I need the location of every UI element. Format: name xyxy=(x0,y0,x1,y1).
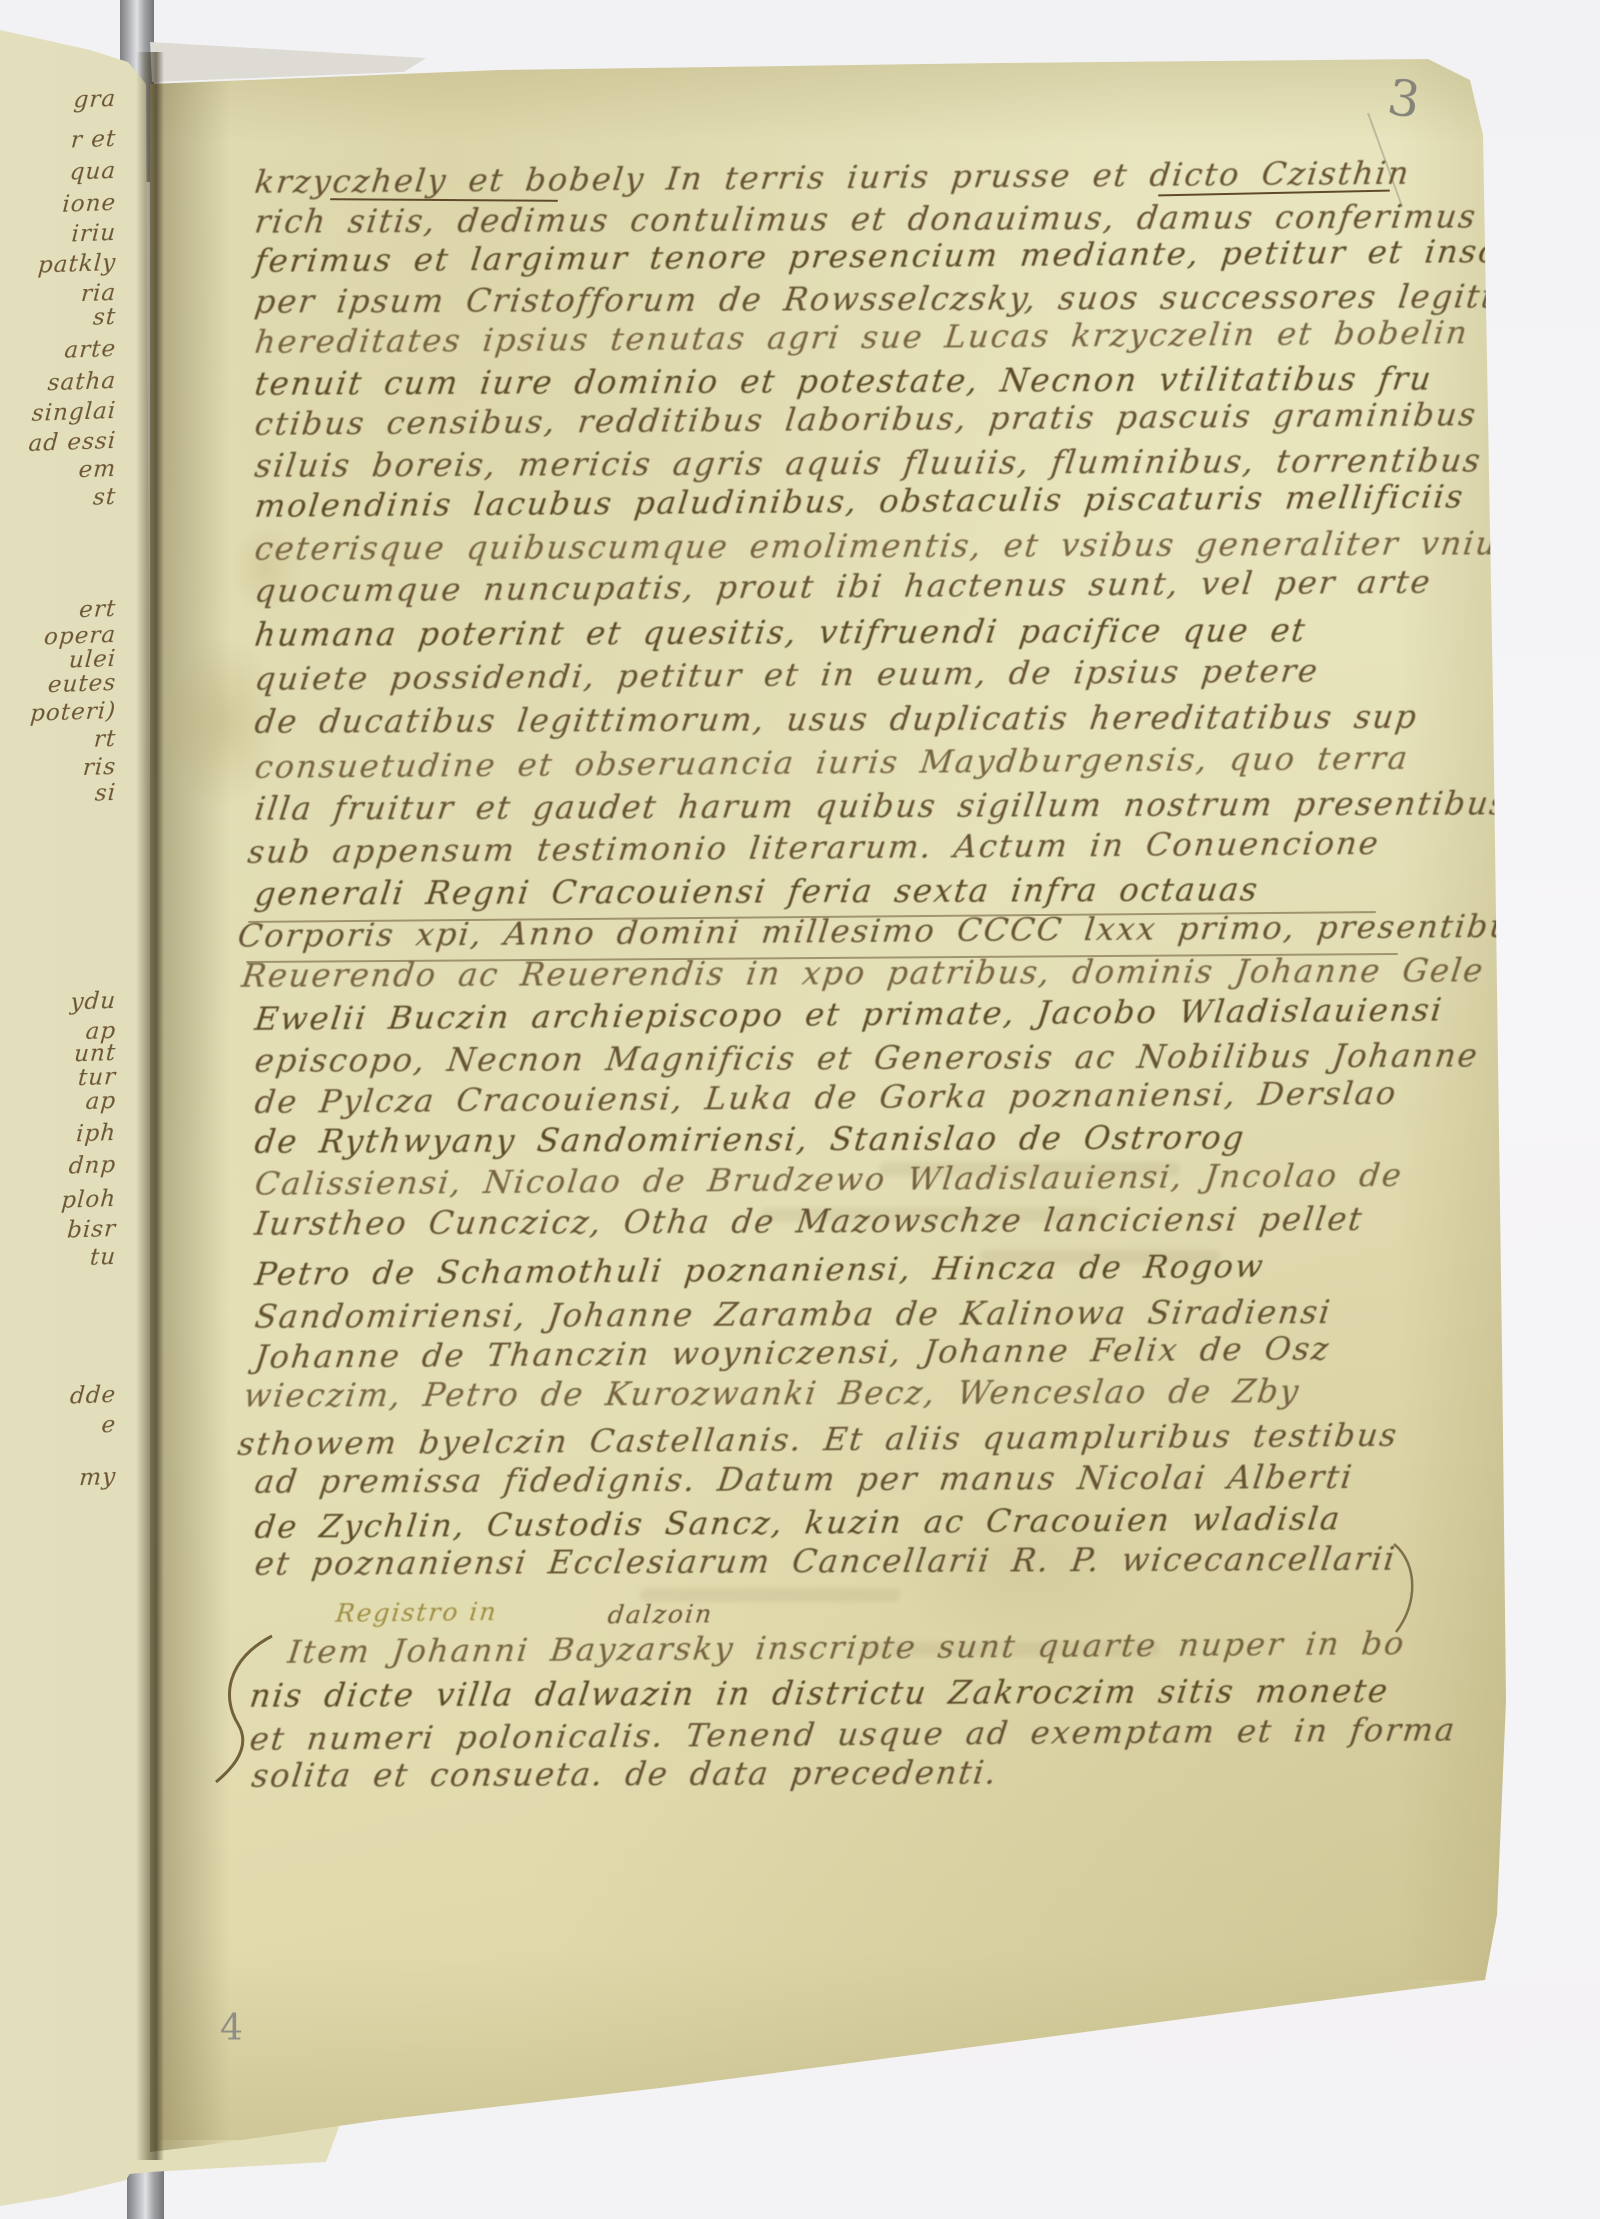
manuscript-line: generali Regni Cracouiensi feria sexta i… xyxy=(253,871,1262,913)
manuscript-line: ceterisque quibuscumque emolimentis, et … xyxy=(253,524,1588,568)
margin-fragment: ploh xyxy=(0,1186,117,1216)
manuscript-page: 3 4 krzyczhely et bobely In terris iuris… xyxy=(0,0,1600,2219)
margin-fragment: st xyxy=(0,484,117,514)
margin-fragment: singlai xyxy=(0,398,117,428)
manuscript-line: nis dicte villa dalwazin in districtu Za… xyxy=(248,1672,1392,1715)
margin-fragment: st xyxy=(0,304,117,334)
margin-fragment: my xyxy=(0,1464,117,1494)
page-edge-shading-bottom xyxy=(160,1950,1490,2140)
margin-fragment: em xyxy=(0,456,117,486)
margin-fragment: ert xyxy=(0,596,117,626)
manuscript-line: quocumque nuncupatis, prout ibi hactenus… xyxy=(253,563,1434,610)
margin-fragment: eutes xyxy=(0,670,117,700)
manuscript-line: sub appensum testimonio literarum. Actum… xyxy=(246,824,1382,871)
margin-fragment: ydu xyxy=(0,988,117,1018)
manuscript-line: episcopo, Necnon Magnificis et Generosis… xyxy=(253,1037,1482,1080)
manuscript-line: Ewelii Buczin archiepiscopo et primate, … xyxy=(253,991,1446,1038)
margin-fragment: iriu xyxy=(0,220,117,250)
margin-fragment: dnp xyxy=(0,1152,117,1182)
manuscript-line: Petro de Schamothuli poznaniensi, Hincza… xyxy=(253,1247,1267,1293)
margin-fragment: gra xyxy=(0,86,117,116)
manuscript-line: de Zychlin, Custodis Sancz, kuzin ac Cra… xyxy=(253,1499,1344,1546)
manuscript-line: wieczim, Petro de Kurozwanki Becz, Wence… xyxy=(242,1372,1303,1415)
folio-number-top-right: 3 xyxy=(1384,68,1424,130)
margin-fragment: dde xyxy=(0,1382,117,1412)
manuscript-line: humana poterint et quesitis, vtifruendi … xyxy=(253,611,1309,654)
manuscript-line: de Rythwyany Sandomiriensi, Stanislao de… xyxy=(253,1119,1248,1161)
manuscript-line: hereditates ipsius tenutas agri sue Luca… xyxy=(253,313,1471,361)
manuscript-line: Reuerendo ac Reuerendis in xpo patribus,… xyxy=(240,952,1487,995)
manuscript-line: Corporis xpi, Anno domini millesimo CCCC… xyxy=(236,907,1533,955)
manuscript-line: sthowem byelczin Castellanis. Et aliis q… xyxy=(236,1416,1401,1463)
manuscript-line: quiete possidendi, petitur et in euum, d… xyxy=(253,652,1321,698)
manuscript-line: Johanne de Thanczin woyniczensi, Johanne… xyxy=(253,1330,1333,1376)
manuscript-line: molendinis lacubus paludinibus, obstacul… xyxy=(253,478,1467,525)
margin-fragment: arte xyxy=(0,336,117,366)
margin-fragment: bisr xyxy=(0,1216,117,1246)
manuscript-line: de Pylcza Cracouiensi, Luka de Gorka poz… xyxy=(253,1074,1400,1121)
margin-fragment: ad essi xyxy=(0,428,117,458)
folio-number-bottom-left: 4 xyxy=(220,2008,243,2049)
manuscript-line: illa fruitur et gaudet harum quibus sigi… xyxy=(253,784,1586,828)
marginal-note-olive: Registro in xyxy=(334,1597,499,1628)
margin-fragment: qua xyxy=(0,158,117,188)
margin-fragment: si xyxy=(0,780,117,810)
margin-fragment: ris xyxy=(0,754,117,784)
margin-fragment: ap xyxy=(0,1088,117,1118)
manuscript-line: solita et consueta. de data precedenti. xyxy=(250,1754,1001,1795)
margin-fragment: satha xyxy=(0,368,117,398)
margin-fragment: r et xyxy=(0,126,117,156)
manuscript-line: Calissiensi, Nicolao de Brudzewo Wladisl… xyxy=(253,1156,1405,1203)
marginal-note-brown: dalzoin xyxy=(606,1599,715,1629)
manuscript-line: Iurstheo Cunczicz, Otha de Mazowschze la… xyxy=(253,1200,1366,1243)
margin-fragment: ione xyxy=(0,190,117,220)
manuscript-line: ctibus censibus, redditibus laboribus, p… xyxy=(253,395,1480,443)
manuscript-line: ad premissa fidedignis. Datum per manus … xyxy=(253,1458,1356,1501)
manuscript-line: de ducatibus legittimorum, usus duplicat… xyxy=(253,698,1421,741)
margin-fragment: poteri) xyxy=(0,698,117,728)
margin-fragment: tu xyxy=(0,1244,117,1274)
margin-fragment: rt xyxy=(0,726,117,756)
manuscript-line: Item Johanni Bayzarsky inscripte sunt qu… xyxy=(286,1624,1408,1671)
manuscript-line: et numeri polonicalis. Tenend usque ad e… xyxy=(248,1711,1459,1758)
gutter-shadow xyxy=(136,52,164,2160)
manuscript-line: Sandomiriensi, Johanne Zaramba de Kalino… xyxy=(253,1293,1334,1336)
margin-fragment: e xyxy=(0,1412,117,1442)
margin-fragment: iph xyxy=(0,1120,117,1150)
manuscript-scan: gra r et qua ione iriu patkly ria st art… xyxy=(0,0,1600,2219)
margin-fragment: patkly xyxy=(0,250,117,280)
manuscript-line: et poznaniensi Ecclesiarum Cancellarii R… xyxy=(253,1540,1399,1583)
manuscript-line: consuetudine et obseruancia iuris Maydbu… xyxy=(253,739,1411,786)
